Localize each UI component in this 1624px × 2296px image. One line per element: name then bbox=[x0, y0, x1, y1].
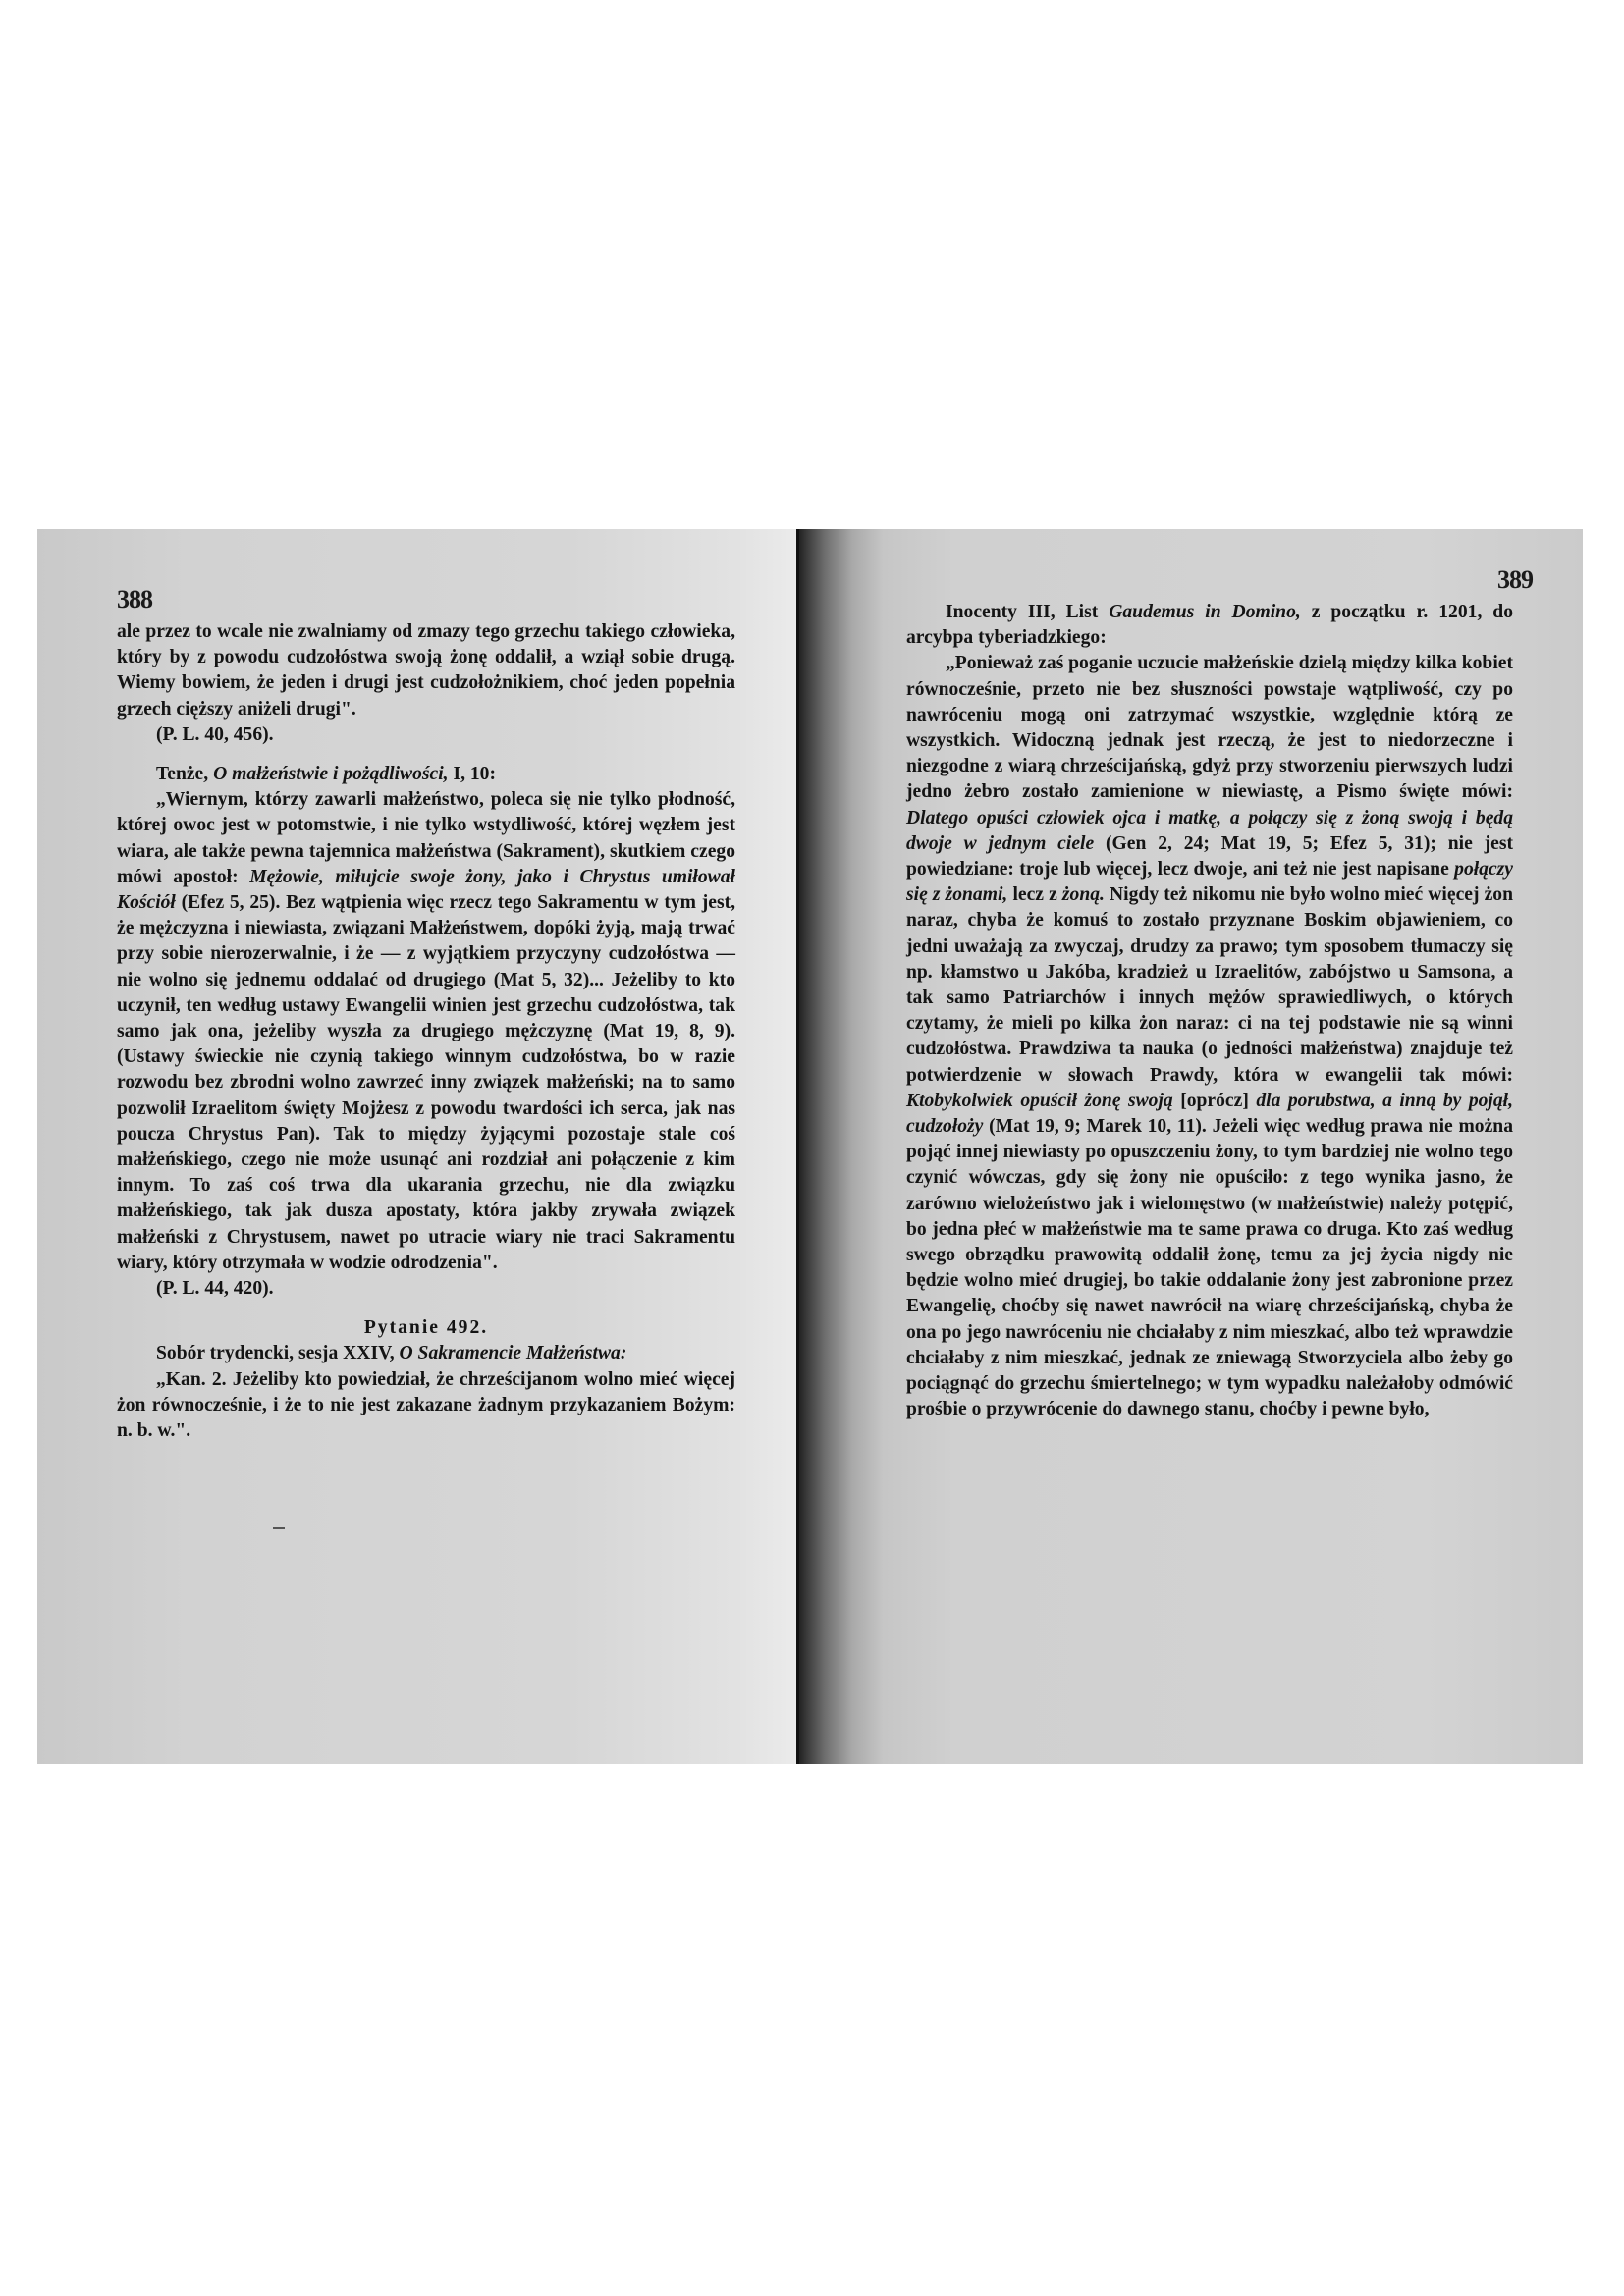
text-run: (Efez 5, 25). Bez wątpienia więc rzecz t… bbox=[117, 892, 735, 1273]
paragraph: ale przez to wcale nie zwalniamy od zmaz… bbox=[117, 619, 735, 722]
text-run: lecz z bbox=[1007, 884, 1062, 905]
page-number-right: 389 bbox=[1497, 565, 1533, 595]
text-run: Sobór trydencki, sesja XXIV, bbox=[156, 1343, 400, 1363]
paragraph: „Kan. 2. Jeżeliby kto powiedział, że chr… bbox=[117, 1367, 735, 1445]
book-spread-scan: 388 ale przez to wcale nie zwalniamy od … bbox=[37, 529, 1583, 1764]
page-number-left: 388 bbox=[117, 585, 152, 614]
text-run: „Ponieważ zaś poganie uczucie małżeńskie… bbox=[906, 653, 1513, 802]
right-page-text: Inocenty III, List Gaudemus in Domino, z… bbox=[906, 600, 1513, 1423]
right-page: 389 Inocenty III, List Gaudemus in Domin… bbox=[797, 529, 1583, 1764]
ornament-dash bbox=[273, 1527, 285, 1529]
text-run: Inocenty III, List bbox=[946, 602, 1109, 622]
text-run: (Mat 19, 9; Marek 10, 11). Jeżeli więc w… bbox=[906, 1116, 1513, 1419]
text-run: ale przez to wcale nie zwalniamy od zmaz… bbox=[117, 621, 735, 720]
italic-title: Gaudemus in Domino, bbox=[1109, 602, 1301, 622]
text-run: [oprócz] bbox=[1173, 1091, 1257, 1111]
left-page-text: ale przez to wcale nie zwalniamy od zmaz… bbox=[117, 619, 735, 1444]
italic-title: O małżeństwie i pożądliwości, bbox=[213, 764, 449, 784]
text-run: (P. L. 44, 420). bbox=[156, 1278, 274, 1299]
italic-title: Ktobykolwiek opuścił żonę swoją bbox=[906, 1091, 1173, 1111]
paragraph: Inocenty III, List Gaudemus in Domino, z… bbox=[906, 600, 1513, 651]
italic-title: O Sakramencie Małżeństwa: bbox=[400, 1343, 627, 1363]
book-gutter bbox=[796, 529, 799, 1764]
paragraph: „Ponieważ zaś poganie uczucie małżeńskie… bbox=[906, 651, 1513, 1422]
text-run: (P. L. 40, 456). bbox=[156, 724, 274, 745]
italic-title: żoną. bbox=[1062, 884, 1105, 905]
text-run: I, 10: bbox=[449, 764, 496, 784]
paragraph: Tenże, O małżeństwie i pożądliwości, I, … bbox=[117, 762, 735, 787]
citation-reference: (P. L. 40, 456). bbox=[117, 722, 735, 748]
paragraph: „Wiernym, którzy zawarli małżeństwo, pol… bbox=[117, 787, 735, 1276]
left-page: 388 ale przez to wcale nie zwalniamy od … bbox=[37, 529, 797, 1764]
citation-reference: (P. L. 44, 420). bbox=[117, 1276, 735, 1302]
section-heading: Pytanie 492. bbox=[117, 1315, 735, 1341]
text-run: Tenże, bbox=[156, 764, 213, 784]
text-run: Nigdy też nikomu nie było wolno mieć wię… bbox=[906, 884, 1513, 1085]
text-run: Pytanie 492. bbox=[364, 1317, 488, 1338]
text-run: „Kan. 2. Jeżeliby kto powiedział, że chr… bbox=[117, 1369, 735, 1441]
paragraph: Sobór trydencki, sesja XXIV, O Sakramenc… bbox=[117, 1341, 735, 1366]
